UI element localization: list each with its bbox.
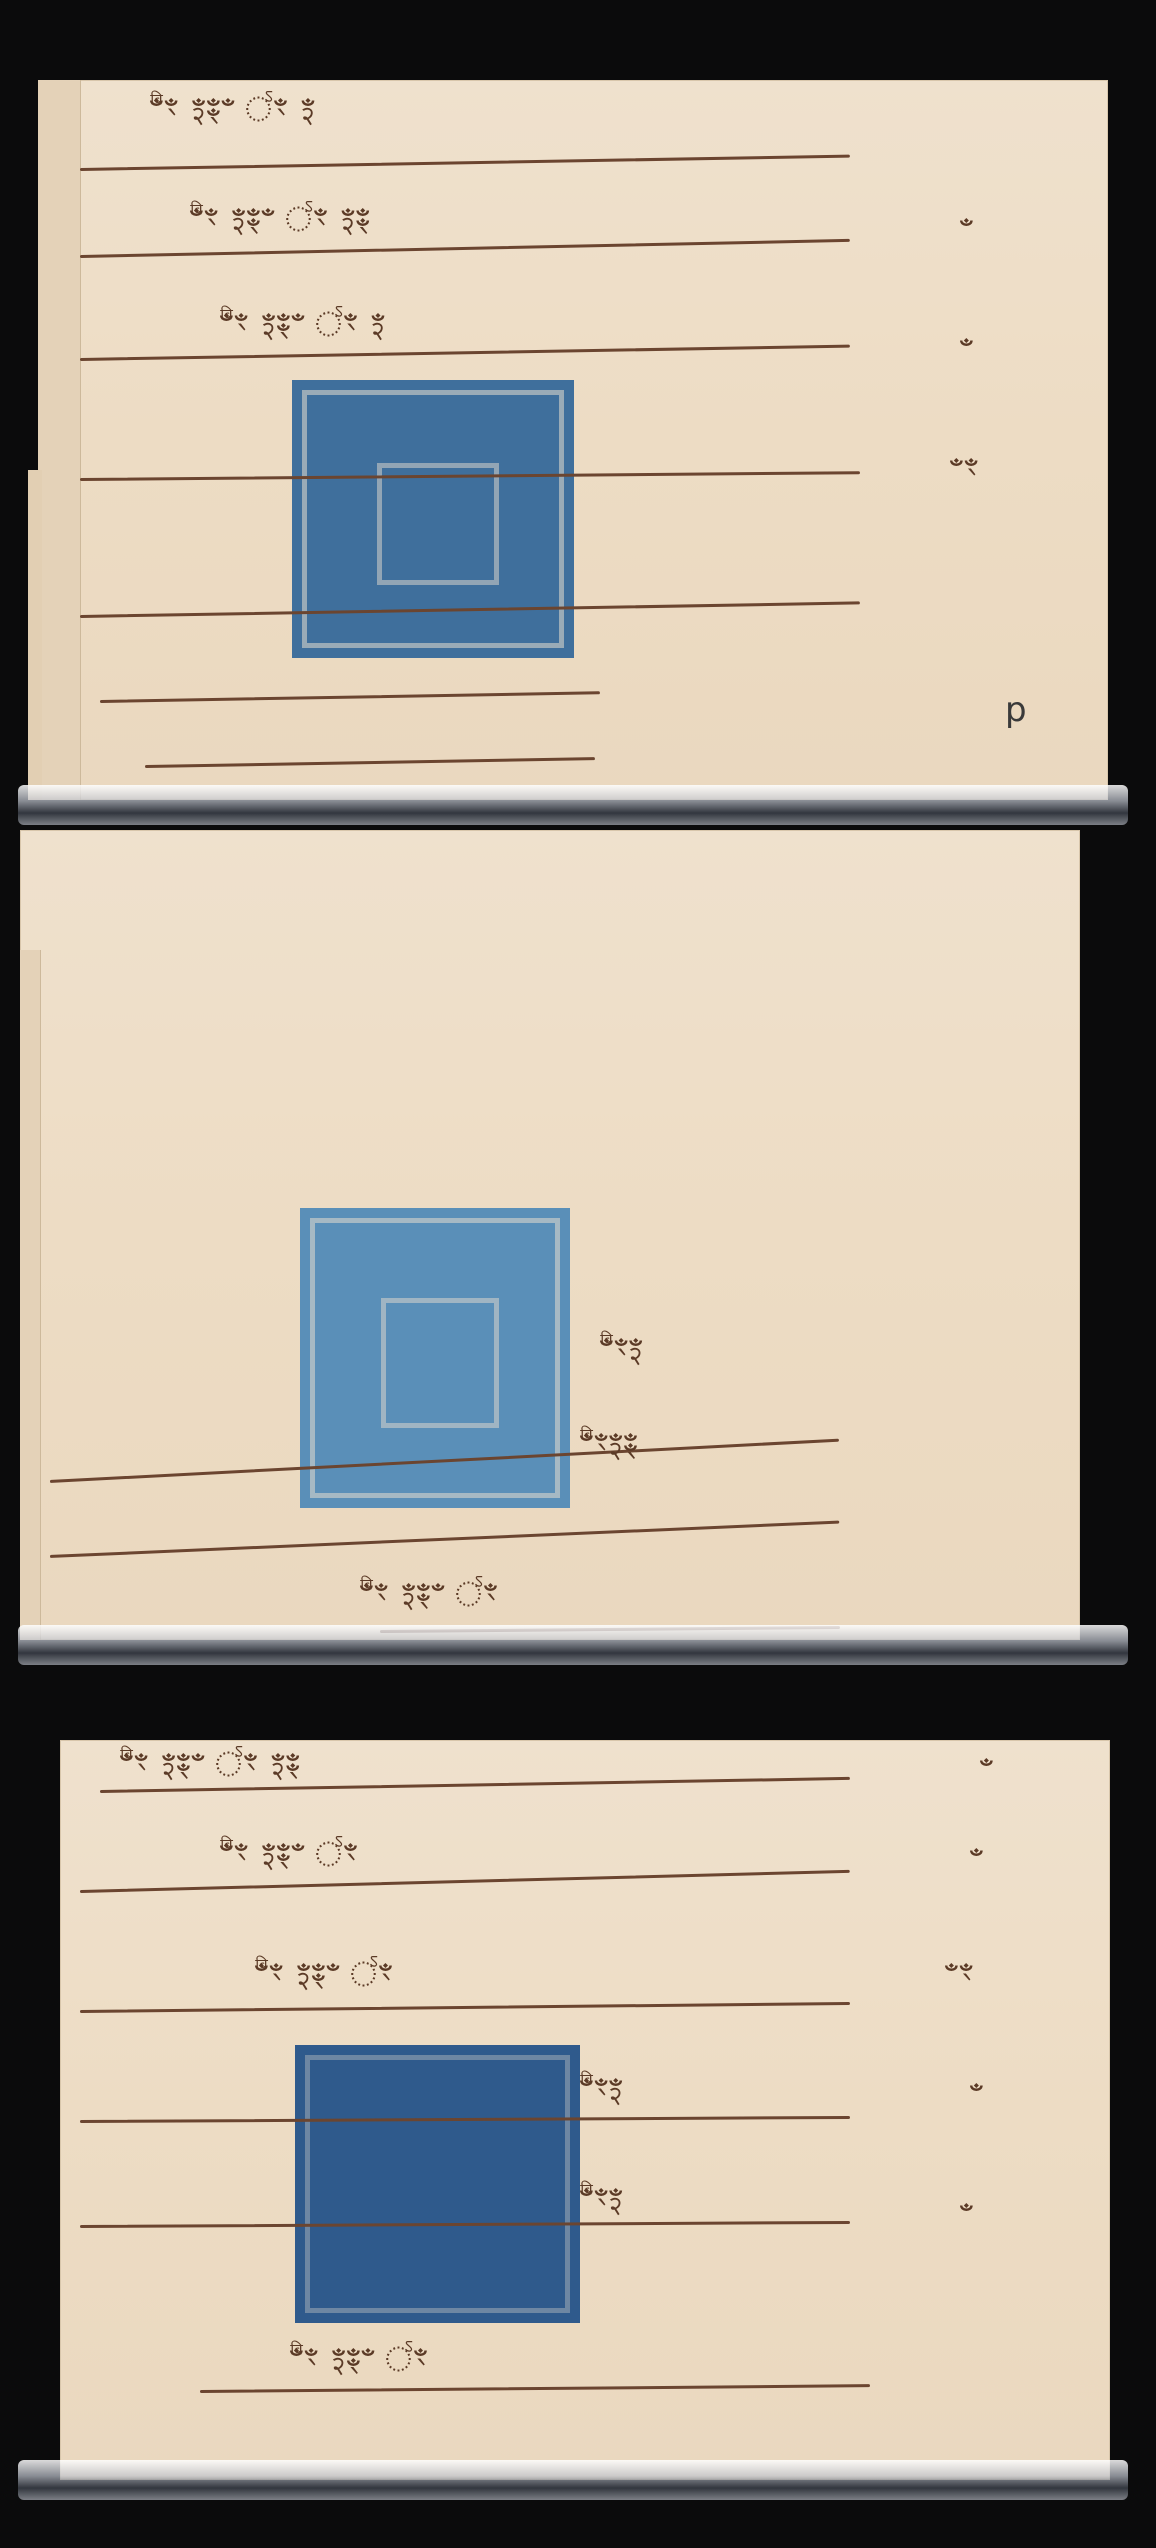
handwritten-address-line: ꣲ꣰ꣳ ꣵꣴꣲ ꣱ꣳ ꣵꣴ <box>120 1745 301 1785</box>
pencil-mark: p <box>1005 690 1027 730</box>
handwritten-margin-numeral: ꣲ <box>960 330 975 370</box>
handwritten-margin-numeral: ꣲꣳ <box>945 1955 974 1995</box>
handwritten-address-line: ꣲ꣰ꣳ ꣵꣴꣲ ꣱ꣳ <box>360 1575 499 1615</box>
top-cover-side-flap <box>28 470 42 800</box>
handwritten-address-line: ꣲ꣰ꣳꣵ <box>580 2180 624 2220</box>
cover-fold <box>38 80 81 800</box>
sleeve-edge <box>18 1625 1128 1665</box>
bottom-cover <box>60 1740 1110 2480</box>
sleeve-edge <box>18 785 1128 825</box>
handwritten-margin-numeral: ꣲꣳ <box>950 450 979 490</box>
handwritten-address-line: ꣲ꣰ꣳ ꣵꣴꣲ ꣱ꣳ <box>255 1955 394 1995</box>
handwritten-address-line: ꣲ꣰ꣳꣵ <box>580 2070 624 2110</box>
handwritten-address-line: ꣲ꣰ꣳ ꣵꣴꣲ ꣱ꣳ <box>220 1835 359 1875</box>
handwritten-margin-numeral: ꣲ <box>970 1840 985 1880</box>
top-cover-stamp <box>292 380 574 658</box>
middle-cover-stamp <box>300 1208 570 1508</box>
sleeve-edge <box>18 2460 1128 2500</box>
handwritten-address-line: ꣲ꣰ꣳ ꣵꣴꣲ ꣱ꣳ ꣵ <box>150 90 316 130</box>
handwritten-address-line: ꣲ꣰ꣳꣵ <box>600 1330 644 1370</box>
handwritten-address-line: ꣲ꣰ꣳ ꣵꣴꣲ ꣱ꣳ <box>290 2340 429 2380</box>
handwritten-margin-numeral: ꣲ <box>970 2075 985 2115</box>
handwritten-address-line: ꣲ꣰ꣳꣵꣴ <box>580 1425 639 1465</box>
bottom-cover-stamp <box>295 2045 580 2323</box>
handwritten-address-line: ꣲ꣰ꣳ ꣵꣴꣲ ꣱ꣳ ꣵ <box>220 305 386 345</box>
handwritten-margin-numeral: ꣲ <box>960 210 975 250</box>
handwritten-margin-numeral: ꣲ <box>980 1750 995 1790</box>
cover-fold <box>20 950 41 1640</box>
handwritten-margin-numeral: ꣲ <box>960 2195 975 2235</box>
handwritten-address-line: ꣲ꣰ꣳ ꣵꣴꣲ ꣱ꣳ ꣵꣴ <box>190 200 371 240</box>
